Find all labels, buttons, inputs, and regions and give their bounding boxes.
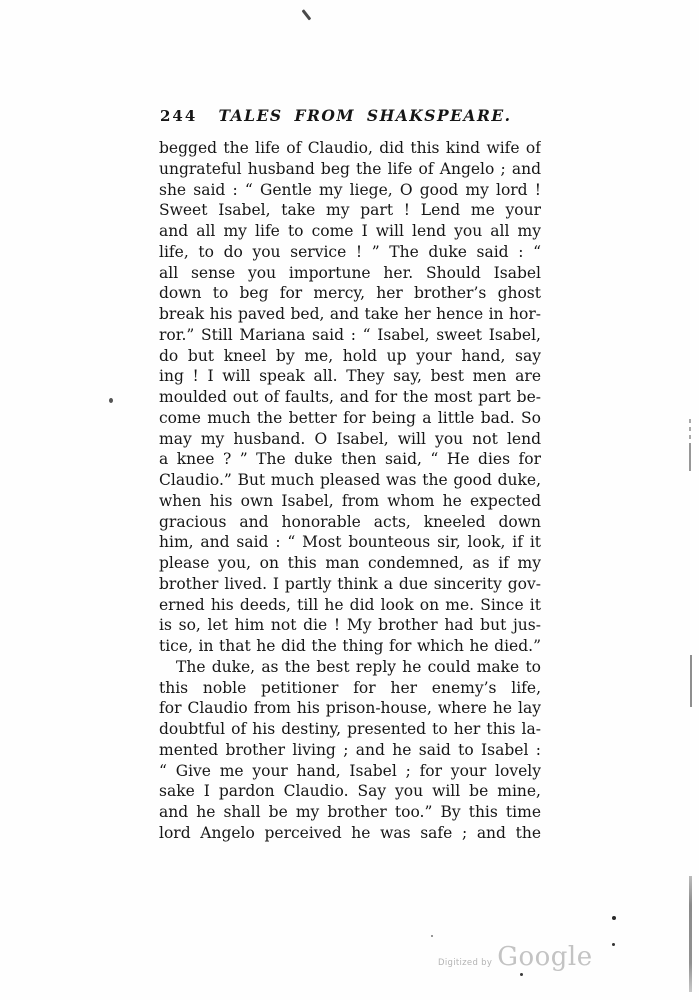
text-line: ror.” Still Mariana said : “ Isabel, swe… (159, 325, 541, 346)
text-line: erned his deeds, till he did look on me.… (159, 595, 541, 616)
scan-speck (612, 943, 615, 946)
text-line-paragraph-start: The duke, as the best reply he could mak… (159, 657, 541, 678)
scan-speck (109, 398, 113, 403)
text-line: mented brother living ; and he said to I… (159, 740, 541, 761)
text-line: is so, let him not die ! My brother had … (159, 615, 541, 636)
text-line: Sweet Isabel, take my part ! Lend me you… (159, 200, 541, 221)
running-title: TALES FROM SHAKSPEARE. (218, 106, 511, 125)
text-line: ing ! I will speak all. They say, best m… (159, 366, 541, 387)
text-line: lord Angelo perceived he was safe ; and … (159, 823, 541, 844)
text-line: ungrateful husband beg the life of Angel… (159, 159, 541, 180)
scan-speck (431, 935, 433, 937)
text-line: doubtful of his destiny, presented to he… (159, 719, 541, 740)
page-number: 244 (160, 107, 197, 125)
google-logo: Google (497, 942, 592, 972)
text-line: him, and said : “ Most bounteous sir, lo… (159, 532, 541, 553)
text-line: a knee ? ” The duke then said, “ He dies… (159, 449, 541, 470)
page-edge-line (689, 876, 692, 992)
text-line: down to beg for mercy, her brother’s gho… (159, 283, 541, 304)
scan-speck (520, 973, 523, 976)
text-line: tice, in that he did the thing for which… (159, 636, 541, 657)
text-line: sake I pardon Claudio. Say you will be m… (159, 781, 541, 802)
scanned-book-page: 244 TALES FROM SHAKSPEARE. begged the li… (0, 0, 699, 1000)
text-line: begged the life of Claudio, did this kin… (159, 138, 541, 159)
page-edge-mark (689, 419, 691, 423)
text-line: do but kneel by me, hold up your hand, s… (159, 346, 541, 367)
text-line: when his own Isabel, from whom he expect… (159, 491, 541, 512)
text-line: gracious and honorable acts, kneeled dow… (159, 512, 541, 533)
text-line: for Claudio from his prison-house, where… (159, 698, 541, 719)
watermark-prefix-label: Digitized by (438, 958, 492, 968)
text-line: she said : “ Gentle my liege, O good my … (159, 180, 541, 201)
text-line: break his paved bed, and take her hence … (159, 304, 541, 325)
text-line: this noble petitioner for her enemy’s li… (159, 678, 541, 699)
text-line: “ Give me your hand, Isabel ; for your l… (159, 761, 541, 782)
pen-mark-artifact (302, 10, 311, 21)
page-edge-line (690, 655, 692, 707)
text-line: all sense you importune her. Should Isab… (159, 263, 541, 284)
page-edge-line (689, 443, 691, 471)
text-line: moulded out of faults, and for the most … (159, 387, 541, 408)
text-line: and all my life to come I will lend you … (159, 221, 541, 242)
text-line: brother lived. I partly think a due sinc… (159, 574, 541, 595)
text-line: come much the better for being a little … (159, 408, 541, 429)
google-watermark: Digitized by Google (438, 942, 593, 972)
text-line: may my husband. O Isabel, will you not l… (159, 429, 541, 450)
running-head: 244 TALES FROM SHAKSPEARE. (159, 106, 541, 128)
page-edge-mark (689, 427, 691, 431)
page-edge-mark (689, 435, 691, 439)
scan-speck (612, 916, 616, 920)
text-line: please you, on this man condemned, as if… (159, 553, 541, 574)
text-line: and he shall be my brother too.” By this… (159, 802, 541, 823)
text-line: Claudio.” But much pleased was the good … (159, 470, 541, 491)
body-text: begged the life of Claudio, did this kin… (159, 138, 541, 844)
text-line: life, to do you service ! ” The duke sai… (159, 242, 541, 263)
